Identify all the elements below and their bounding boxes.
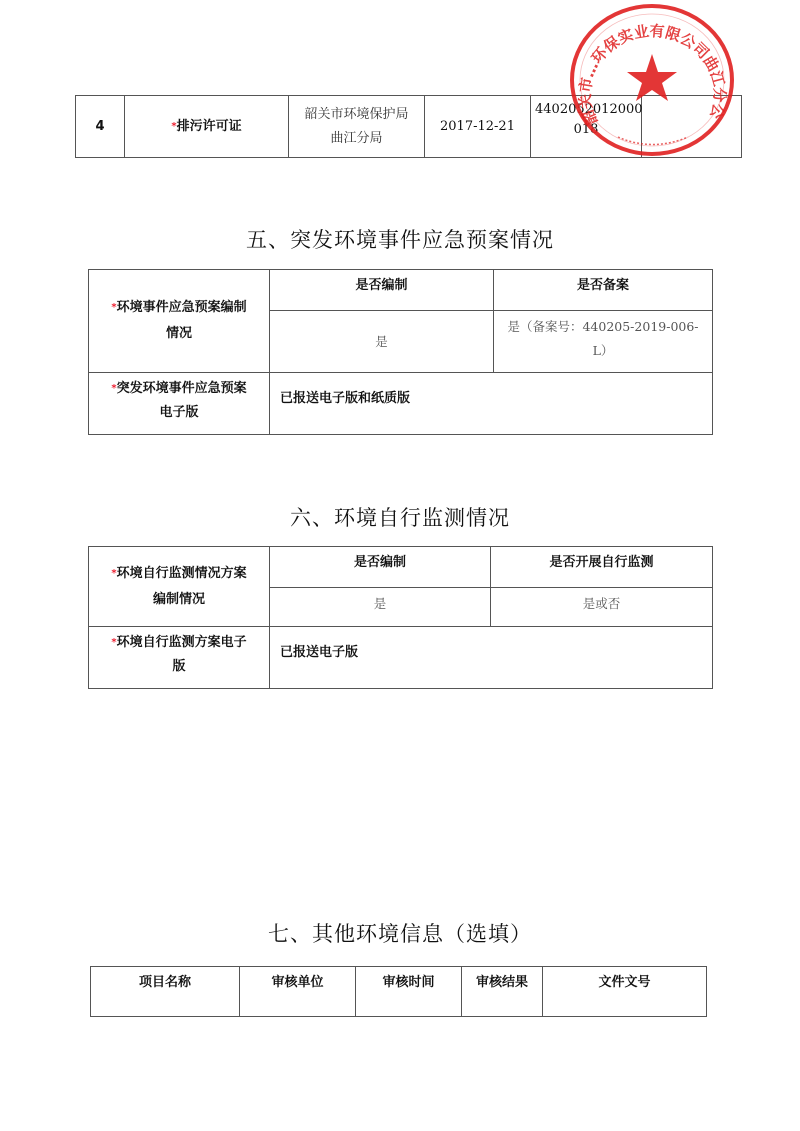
compiled-value: 是 [270, 311, 494, 373]
electronic-plan-value: 已报送电子版和纸质版 [270, 373, 713, 435]
note-cell [642, 96, 742, 158]
permit-table: 4 *排污许可证 韶关市环境保护局曲江分局 2017-12-21 4402052… [75, 95, 742, 158]
issuer-cell: 韶关市环境保护局曲江分局 [289, 96, 425, 158]
electronic-plan-label: *突发环境事件应急预案 电子版 [89, 373, 270, 435]
emergency-plan-label: *环境事件应急预案编制 情况 [89, 270, 270, 373]
permit-number-line1: 4402052012000 [535, 100, 637, 120]
col-header-monitoring: 是否开展自行监测 [491, 547, 713, 588]
other-info-table: 项目名称 审核单位 审核时间 审核结果 文件文号 [90, 966, 707, 1017]
permit-number-line2: 018 [535, 120, 637, 140]
table-row: *突发环境事件应急预案 电子版 已报送电子版和纸质版 [89, 373, 713, 435]
col-header-compiled: 是否编制 [270, 547, 491, 588]
col-header-document-number: 文件文号 [543, 967, 707, 1017]
section7-title: 七、其他环境信息（选填） [0, 918, 800, 948]
issue-date: 2017-12-21 [425, 96, 531, 158]
col-header-review-result: 审核结果 [462, 967, 543, 1017]
emergency-plan-table: *环境事件应急预案编制 情况 是否编制 是否备案 是 是（备案号：440205-… [88, 269, 713, 435]
monitoring-value: 是或否 [491, 588, 713, 627]
section6-title: 六、环境自行监测情况 [0, 502, 800, 532]
monitoring-plan-label: *环境自行监测情况方案 编制情况 [89, 547, 270, 627]
row-index: 4 [76, 96, 125, 158]
col-header-review-time: 审核时间 [356, 967, 462, 1017]
filed-value: 是（备案号：440205-2019-006- L） [494, 311, 713, 373]
col-header-filed: 是否备案 [494, 270, 713, 311]
electronic-monitoring-value: 已报送电子版 [270, 627, 713, 689]
table-row: *环境自行监测情况方案 编制情况 是否编制 是否开展自行监测 [89, 547, 713, 588]
electronic-monitoring-label: *环境自行监测方案电子 版 [89, 627, 270, 689]
col-header-project-name: 项目名称 [91, 967, 240, 1017]
table-row: 4 *排污许可证 韶关市环境保护局曲江分局 2017-12-21 4402052… [76, 96, 742, 158]
compiled-value: 是 [270, 588, 491, 627]
permit-name-cell: *排污许可证 [125, 96, 289, 158]
col-header-compiled: 是否编制 [270, 270, 494, 311]
table-row: *环境事件应急预案编制 情况 是否编制 是否备案 [89, 270, 713, 311]
permit-number-cell: 4402052012000018 [531, 96, 642, 158]
self-monitoring-table: *环境自行监测情况方案 编制情况 是否编制 是否开展自行监测 是 是或否 *环境… [88, 546, 713, 689]
table-header-row: 项目名称 审核单位 审核时间 审核结果 文件文号 [91, 967, 707, 1017]
issuer-line1: 韶关市环境保护局 [293, 103, 420, 127]
table-row: *环境自行监测方案电子 版 已报送电子版 [89, 627, 713, 689]
permit-name: 排污许可证 [177, 119, 242, 134]
issuer-line2: 曲江分局 [293, 127, 420, 151]
section5-title: 五、突发环境事件应急预案情况 [0, 224, 800, 254]
col-header-review-unit: 审核单位 [240, 967, 356, 1017]
